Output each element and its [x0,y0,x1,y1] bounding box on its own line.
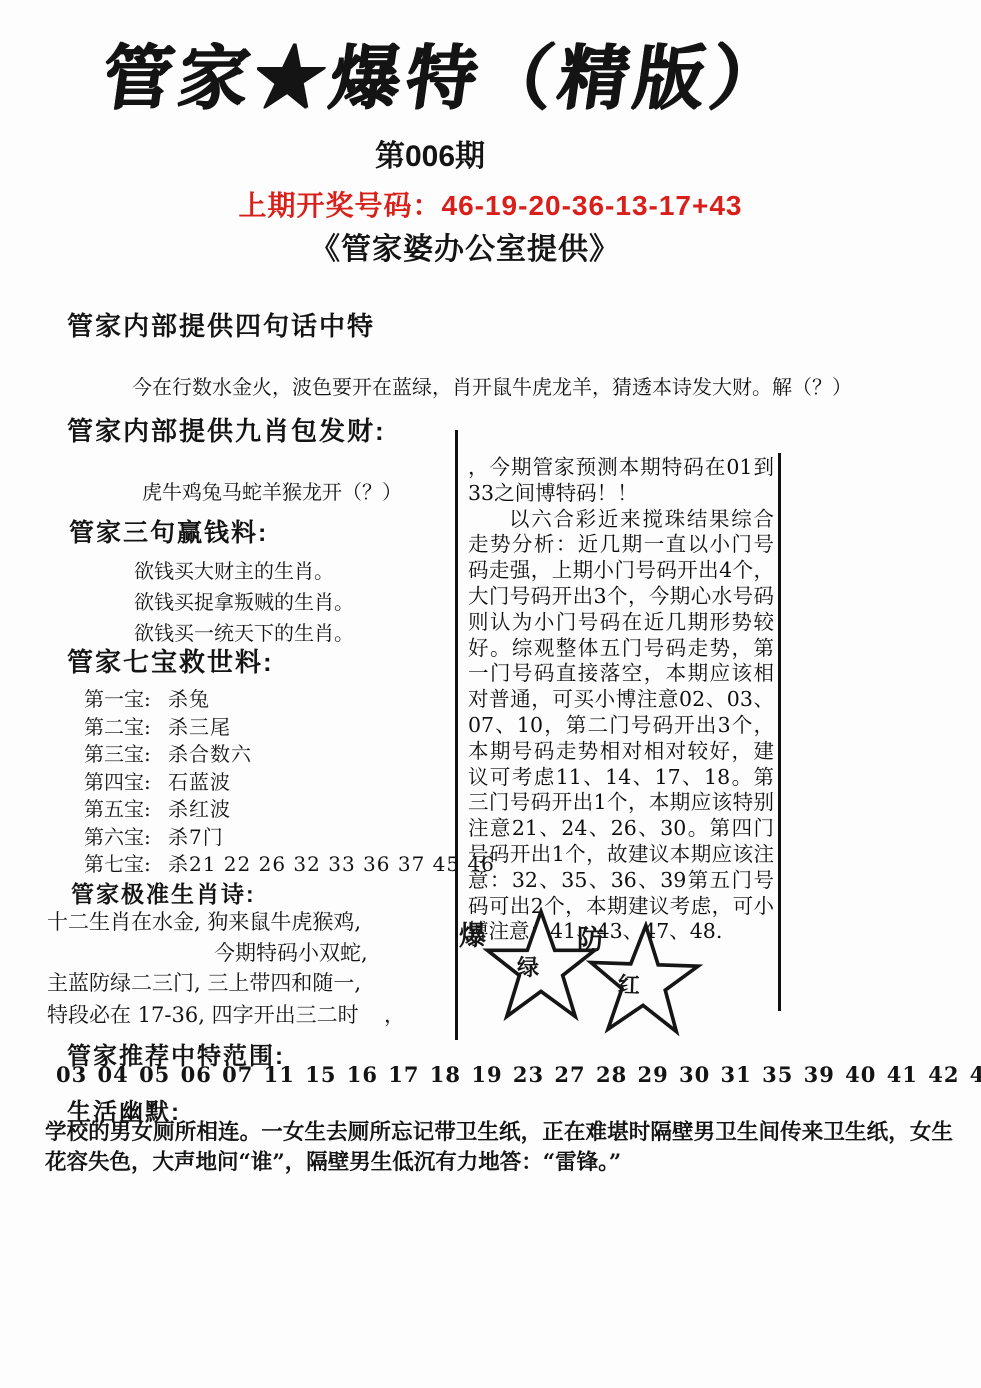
seven-treasure-list: 第一宝:杀兔 第二宝:杀三尾 第三宝:杀合数六 第四宝:石蓝波 第五宝:杀红波 … [84,686,495,879]
section-heading-seven-treasure: 管家七宝救世料: [67,642,274,679]
treasure-label: 第一宝: [84,686,158,714]
prediction-paragraph: ，今期管家预测本期特码在01到33之间博特码！！ [468,455,774,507]
lottery-tip-sheet: 管家★爆特（精版） 第006期 上期开奖号码：46-19-20-36-13-17… [0,0,981,1388]
treasure-value: 石蓝波 [168,769,231,797]
section-heading-nine-zodiac: 管家内部提供九肖包发财: [67,411,386,448]
four-phrase-line: 今在行数水金火，波色要开在蓝绿，肖开鼠牛虎龙羊，猜透本诗发大财。解（？） [132,371,852,400]
treasure-label: 第六宝: [84,824,158,852]
treasure-row: 第二宝:杀三尾 [84,714,495,742]
recommended-range-numbers: 03 04 05 06 07 11 15 16 17 18 19 23 27 2… [56,1062,956,1087]
treasure-label: 第五宝: [84,796,158,824]
treasure-value: 杀合数六 [168,741,252,769]
treasure-row: 第三宝:杀合数六 [84,741,495,769]
win-line: 欲钱买大财主的生肖。 [134,556,354,587]
treasure-label: 第七宝: [84,851,158,879]
analysis-paragraph: 以六合彩近来搅珠结果综合走势分析：近几期一直以小门号码走强，上期小门号码开出4个… [468,507,774,946]
section-heading-four-phrase: 管家内部提供四句话中特 [67,306,375,343]
page-title: 管家★爆特（精版） [96,22,850,123]
treasure-value: 杀21 22 26 32 33 36 37 45 46 [168,851,495,879]
treasure-row: 第四宝:石蓝波 [84,769,495,797]
poem-line-3: 主蓝防绿二三门, 三上带四和随一, [47,967,361,997]
treasure-row: 第一宝:杀兔 [84,686,495,714]
poem-line-2: 今期特码小双蛇, [214,937,368,967]
treasure-label: 第三宝: [84,741,158,769]
treasure-value: 杀红波 [168,796,231,824]
poem-line-4: 特段必在 17-36, 四字开出三二时 [47,999,359,1029]
treasure-value: 杀三尾 [168,714,231,742]
treasure-value: 杀7门 [168,824,224,852]
analysis-column: ，今期管家预测本期特码在01到33之间博特码！！ 以六合彩近来搅珠结果综合走势分… [468,455,774,945]
poem-line-4-tail: ， [384,999,405,1029]
treasure-row: 第五宝:杀红波 [84,796,495,824]
treasure-label: 第四宝: [84,769,158,797]
provider-line: 《管家婆办公室提供》 [0,224,930,268]
right-column-divider [778,453,781,1011]
section-heading-zodiac-poem: 管家极准生肖诗: [71,876,256,909]
treasure-value: 杀兔 [168,686,210,714]
section-heading-three-win: 管家三句赢钱料: [69,513,268,549]
issue-number: 第006期 [0,131,860,175]
three-win-lines: 欲钱买大财主的生肖。 欲钱买捉拿叛贼的生肖。 欲钱买一统天下的生肖。 [134,556,354,649]
treasure-row: 第七宝:杀21 22 26 32 33 36 37 45 46 [84,851,495,879]
last-draw-numbers: 上期开奖号码：46-19-20-36-13-17+43 [0,184,981,224]
star-red-inside-label: 红 [617,968,640,1000]
nine-zodiac-line: 虎牛鸡兔马蛇羊猴龙开（？） [142,476,402,505]
poem-line-1: 十二生肖在水金, 狗来鼠牛虎猴鸡, [47,906,361,936]
treasure-label: 第二宝: [84,714,158,742]
humor-text: 学校的男女厕所相连。一女生去厕所忘记带卫生纸，正在难堪时隔壁男卫生间传来卫生纸，… [45,1118,953,1177]
win-line: 欲钱买捉拿叛贼的生肖。 [134,587,354,618]
star-red-outside-label: 防 [577,918,604,957]
star-green-inside-label: 绿 [517,951,539,982]
left-column-divider [455,430,458,1040]
treasure-row: 第六宝:杀7门 [84,824,495,852]
star-green-outside-label: 爆 [459,914,486,953]
